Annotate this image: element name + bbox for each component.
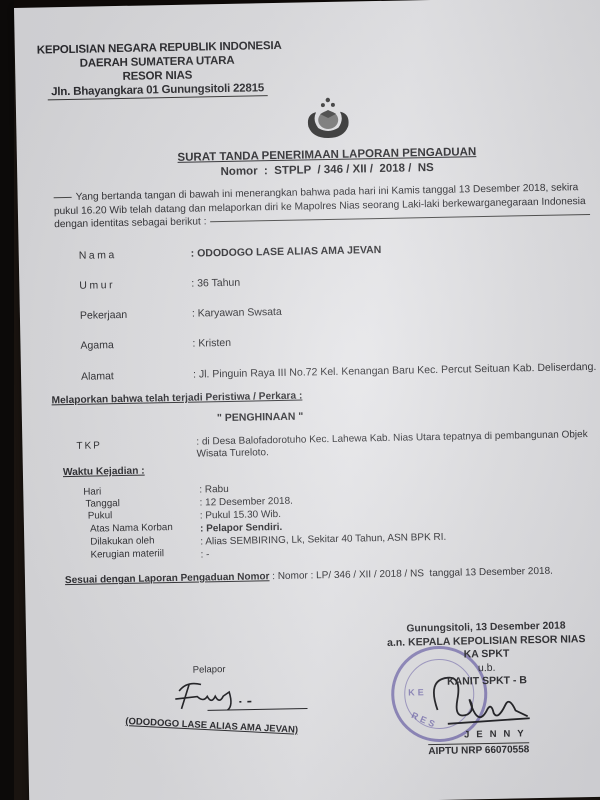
reporter-name-text: (ODODOGO LASE ALIAS AMA JEVAN) [125, 716, 298, 736]
time-value-pukul: : Pukul 15.30 Wib. [200, 509, 281, 522]
time-value-tanggal: : 12 Desember 2018. [199, 496, 293, 509]
time-label-tanggal: Tanggal [85, 498, 120, 510]
identity-value-umur: : 36 Tahun [191, 277, 240, 290]
tkp-label: TKP [76, 440, 102, 451]
time-heading: Waktu Kejadian : [63, 466, 145, 479]
police-emblem-icon [298, 95, 359, 140]
reporter-signature-icon [167, 675, 308, 718]
intro-line3: dengan identitas sebagai berikut : [54, 216, 207, 230]
time-label-pelaku: Dilakukan oleh [90, 535, 154, 547]
document-title: SURAT TANDA PENERIMAAN LAPORAN PENGADUAN… [167, 145, 488, 181]
identity-label-agama: Agama [80, 339, 114, 352]
report-reference: Sesuai dengan Laporan Pengaduan Nomor : … [65, 566, 553, 586]
identity-label-umur: Umur [79, 279, 115, 292]
time-value-hari: : Rabu [199, 484, 229, 496]
time-value-kerugian: : - [200, 549, 209, 560]
identity-value-alamat: : Jl. Pinguin Raya III No.72 Kel. Kenang… [193, 361, 596, 381]
tkp-value: : di Desa Balofadorotuho Kec. Lahewa Kab… [196, 429, 596, 461]
identity-label-pekerjaan: Pekerjaan [80, 309, 128, 322]
time-label-pukul: Pukul [88, 510, 113, 521]
identity-value-nama: : ODODOGO LASE ALIAS AMA JEVAN [191, 244, 382, 260]
incident-case: " PENGHINAAN " [217, 411, 304, 425]
reference-value: : Nomor : LP/ 346 / XII / 2018 / NS tang… [269, 566, 553, 582]
identity-label-nama: Nama [79, 249, 117, 262]
officer-nrp: AIPTU NRP 66070558 [428, 742, 529, 757]
identity-value-agama: : Kristen [192, 337, 231, 350]
identity-label-alamat: Alamat [81, 370, 114, 383]
identity-value-pekerjaan: : Karyawan Swsata [192, 306, 282, 320]
time-label-hari: Hari [83, 486, 101, 497]
intro-dash [54, 197, 72, 198]
incident-heading: Melaporkan bahwa telah terjadi Peristiwa… [51, 391, 302, 407]
letterhead: KEPOLISIAN NEGARA REPUBLIK INDONESIA DAE… [37, 39, 278, 101]
time-value-pelaku: : Alias SEMBIRING, Lk, Sekitar 40 Tahun,… [200, 532, 446, 548]
intro-paragraph: Yang bertanda tangan di bawah ini menera… [54, 181, 595, 232]
letterhead-address: Jln. Bhayangkara 01 Gunungsitoli 22815 [47, 81, 268, 100]
document-page: KEPOLISIAN NEGARA REPUBLIK INDONESIA DAE… [14, 0, 600, 800]
time-value-korban: : Pelapor Sendiri. [200, 522, 282, 535]
officer-name: JENNY [464, 728, 531, 740]
reference-label: Sesuai dengan Laporan Pengaduan Nomor [65, 571, 270, 586]
reporter-label: Pelapor [193, 664, 226, 676]
time-label-kerugian: Kerugian materiil [90, 548, 164, 560]
background-left [0, 0, 14, 800]
reporter-name: (ODODOGO LASE ALIAS AMA JEVAN) [125, 716, 298, 736]
time-label-korban: Atas Nama Korban [90, 522, 173, 535]
intro-rule [210, 214, 590, 222]
